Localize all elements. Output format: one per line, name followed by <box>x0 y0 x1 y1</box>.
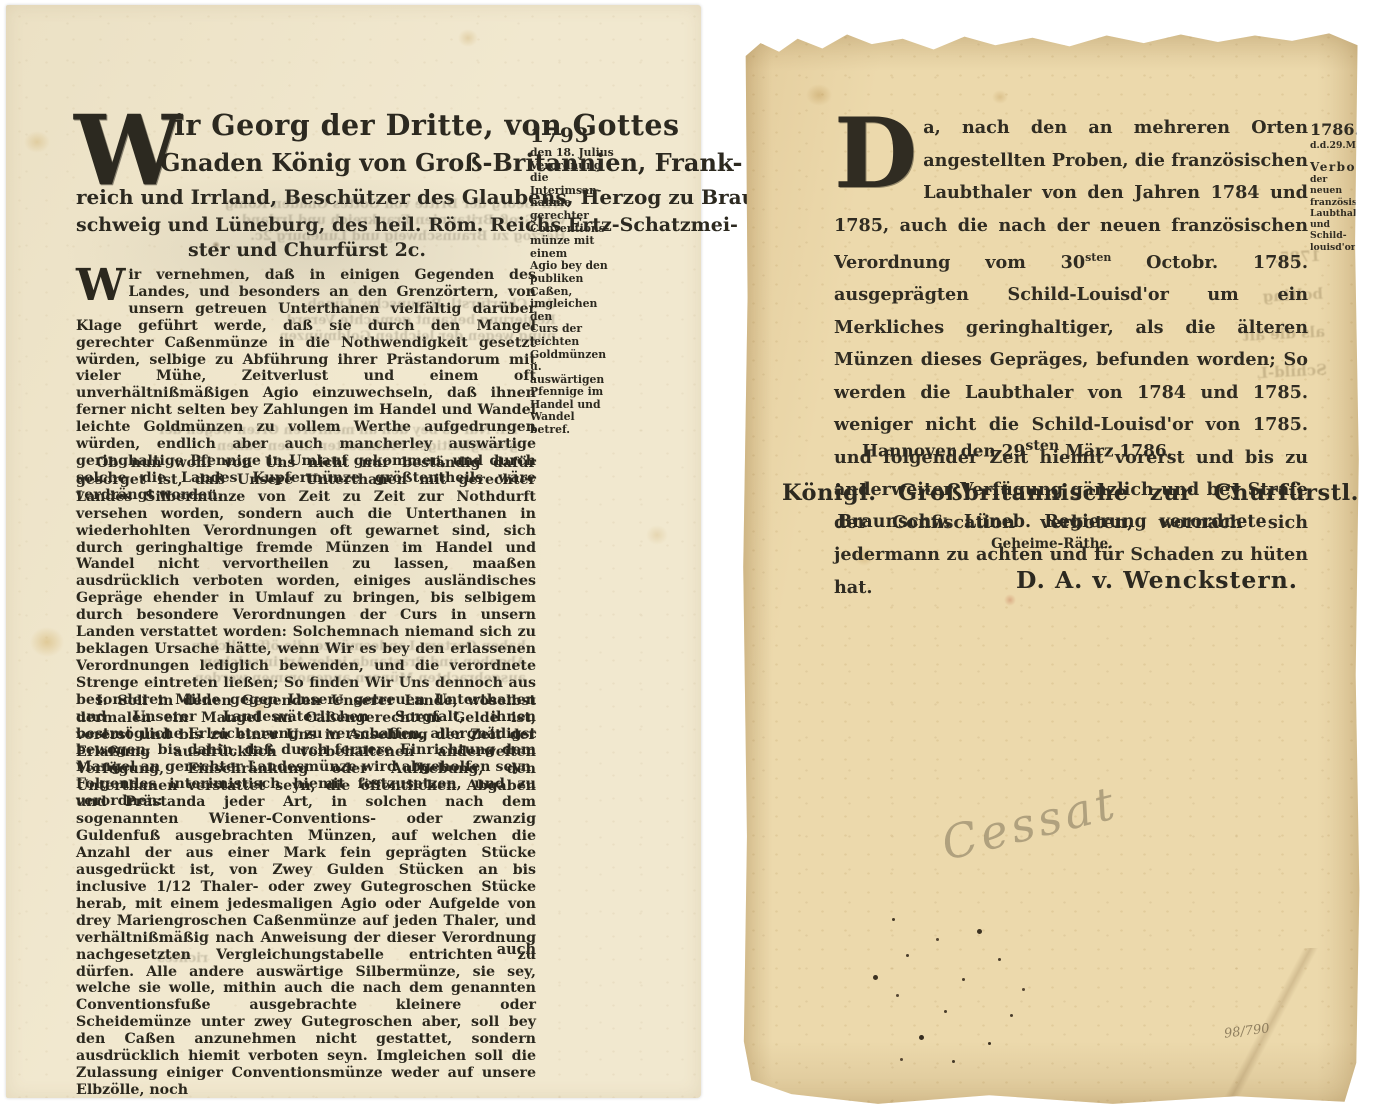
dateline-part2: März 1786. <box>1059 442 1173 462</box>
dateline-part1: Hannover den 29 <box>862 442 1025 462</box>
ordinal-suffix: sten <box>1085 251 1111 264</box>
margin-note-lines: der neuenfranzösischenLaubthalerund Schi… <box>1310 174 1360 253</box>
drop-cap-initial: D <box>834 112 923 192</box>
ink-speck-cluster <box>892 918 895 921</box>
signature-line-1: Königl. Großbritannische zur Churfürstl. <box>782 480 1322 506</box>
left-margin-note: 1793 den 18. JuliusVerordnungdie Interim… <box>530 123 618 437</box>
drop-cap-initial: W <box>74 110 176 192</box>
paper-stain <box>458 29 478 47</box>
right-margin-note: 1786. d.d.29.März. Verbot der neuenfranz… <box>1310 120 1360 253</box>
margin-heading: Verbot <box>1310 160 1360 174</box>
left-title-block: W ir Georg der Dritte, von Gottes Gnaden… <box>76 108 538 261</box>
margin-date: d.d.29.März. <box>1310 140 1360 151</box>
paper-stain <box>30 627 64 657</box>
signature-line-3: Geheime-Räthe. <box>782 536 1322 552</box>
signature-line-2: Braunschw. Lüneb. Regierung verordnete <box>782 512 1322 532</box>
title-line-5: ster und Churfürst 2c. <box>76 239 538 261</box>
paper-stain <box>992 90 1008 104</box>
dateline: Hannover den 29sten März 1786. <box>862 438 1173 462</box>
pencil-annotation-number: 98/790 <box>1223 1021 1270 1041</box>
paper-stain <box>806 84 832 106</box>
paper-stain <box>646 525 668 545</box>
drop-cap-initial: W <box>76 267 128 302</box>
margin-year: 1786. <box>1310 120 1360 139</box>
pencil-annotation-word: Cessat <box>936 775 1123 871</box>
catchword: auch <box>76 941 536 958</box>
paper-crease <box>1182 948 1360 1098</box>
scanned-documents-canvas: Wir Georg der Dritte von Gottes Gnaden K… <box>0 0 1400 1117</box>
right-document-page: 1785.boltingals die ältSchild-L Da, nach… <box>742 28 1360 1106</box>
title-line-4: schweig und Lüneburg, des heil. Röm. Rei… <box>76 214 538 236</box>
ordinal-suffix: sten <box>1025 438 1059 454</box>
margin-note-lines: den 18. JuliusVerordnungdie Interimsan-n… <box>530 147 618 437</box>
paper-stain <box>24 131 50 153</box>
signatory-name: D. A. v. Wenckstern. <box>742 566 1298 594</box>
margin-year: 1793 <box>530 123 618 147</box>
paragraph-3: I. Soll in denen Gegenden Unserer Lande,… <box>76 693 536 1099</box>
left-document-page: Wir Georg der Dritte von Gottes Gnaden K… <box>6 5 701 1098</box>
